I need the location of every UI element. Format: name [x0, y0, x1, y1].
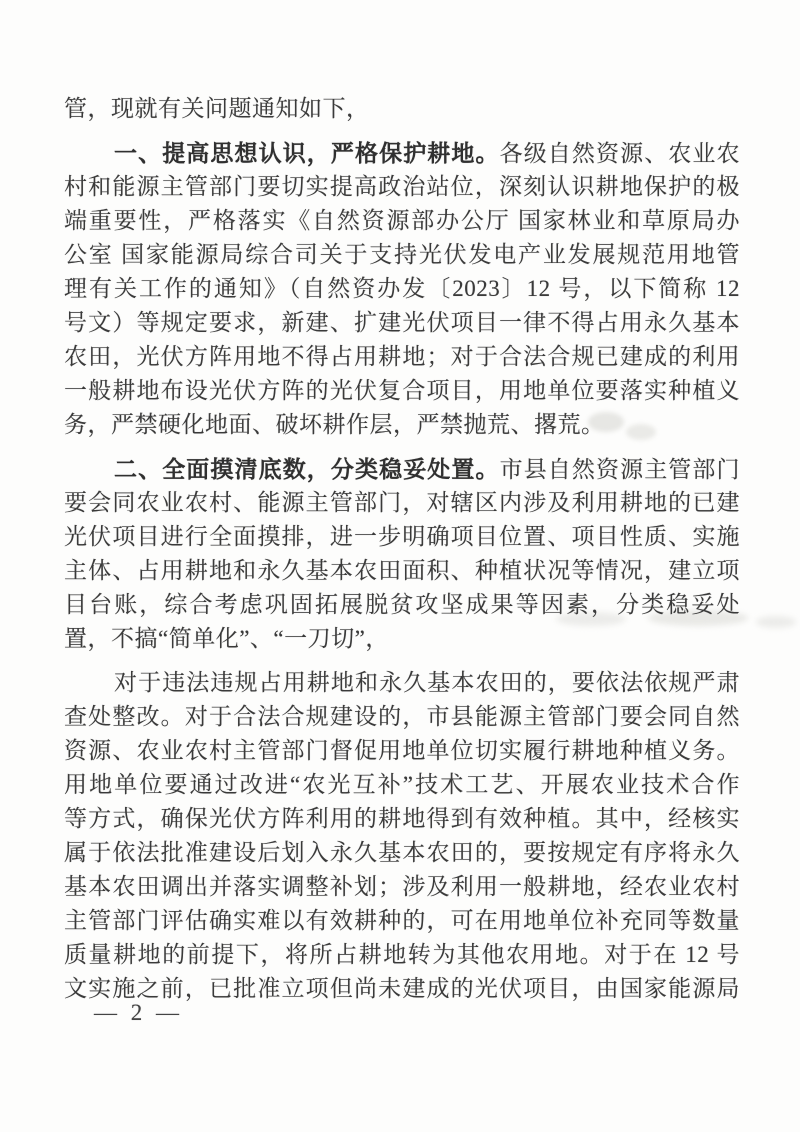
body-text: 属于依法批准建设后划入永久基本农田的，要按规定有序将永久 — [64, 840, 740, 865]
text-line: 置，不搞“简单化”、“一刀切”， — [64, 622, 740, 656]
text-line: 一、提高思想认识，严格保护耕地。各级自然资源、农业农 — [64, 136, 740, 170]
text-line: 用地单位要通过改进“农光互补”技术工艺、开展农业技术合作 — [64, 768, 740, 802]
text-line: 目台账，综合考虑巩固拓展脱贫攻坚成果等因素，分类稳妥处 — [64, 588, 740, 622]
body-text: 理有关工作的通知》（自然资办发〔2023〕12 号，以下简称 12 — [64, 276, 740, 301]
text-line: 二、全面摸清底数，分类稳妥处置。市县自然资源主管部门 — [64, 452, 740, 486]
body-text: 资源、农业农村主管部门督促用地单位切实履行耕地种植义务。 — [64, 738, 740, 763]
text-line: 资源、农业农村主管部门督促用地单位切实履行耕地种植义务。 — [64, 734, 740, 768]
body-text: 光伏项目进行全面摸排，进一步明确项目位置、项目性质、实施 — [64, 524, 740, 549]
body-text: 置，不搞“简单化”、“一刀切”， — [64, 626, 389, 651]
body-text: 管，现就有关问题通知如下， — [64, 96, 370, 121]
page-number: — 2 — — [94, 1000, 183, 1026]
scan-artifact — [756, 616, 796, 628]
text-line: 主管部门评估确实难以有效耕种的，可在用地单位补充同等数量 — [64, 904, 740, 938]
text-line: 查处整改。对于合法合规建设的，市县能源主管部门要会同自然 — [64, 700, 740, 734]
text-line: 对于违法违规占用耕地和永久基本农田的，要依法依规严肃 — [64, 666, 740, 700]
text-line: 质量耕地的前提下，将所占耕地转为其他农用地。对于在 12 号 — [64, 938, 740, 972]
text-line: 基本农田调出并落实调整补划；涉及利用一般耕地，经农业农村 — [64, 870, 740, 904]
body-text: 用地单位要通过改进“农光互补”技术工艺、开展农业技术合作 — [64, 772, 740, 797]
body-text: 村和能源主管部门要切实提高政治站位，深刻认识耕地保护的极 — [64, 174, 740, 199]
body-text: 对于违法违规占用耕地和永久基本农田的，要依法依规严肃 — [114, 670, 740, 695]
body-text: 质量耕地的前提下，将所占耕地转为其他农用地。对于在 12 号 — [64, 942, 740, 967]
text-line: 公室 国家能源局综合司关于支持光伏发电产业发展规范用地管 — [64, 238, 740, 272]
section-heading-text: 二、全面摸清底数，分类稳妥处置。 — [114, 456, 500, 482]
text-line: 端重要性，严格落实《自然资源部办公厅 国家林业和草原局办 — [64, 204, 740, 238]
text-line: 村和能源主管部门要切实提高政治站位，深刻认识耕地保护的极 — [64, 170, 740, 204]
body-text: 一般耕地布设光伏方阵的光伏复合项目，用地单位要落实种植义 — [64, 378, 740, 403]
text-line: 要会同农业农村、能源主管部门，对辖区内涉及利用耕地的已建 — [64, 486, 740, 520]
body-text: 市县自然资源主管部门 — [500, 457, 740, 482]
body-text: 号文）等规定要求，新建、扩建光伏项目一律不得占用永久基本 — [64, 310, 740, 335]
text-line: 一般耕地布设光伏方阵的光伏复合项目，用地单位要落实种植义 — [64, 374, 740, 408]
section-heading-text: 一、提高思想认识，严格保护耕地。 — [114, 140, 500, 166]
body-text: 要会同农业农村、能源主管部门，对辖区内涉及利用耕地的已建 — [64, 490, 740, 515]
body-text: 查处整改。对于合法合规建设的，市县能源主管部门要会同自然 — [64, 704, 740, 729]
body-text: 农田，光伏方阵用地不得占用耕地；对于合法合规已建成的利用 — [64, 344, 740, 369]
body-text: 各级自然资源、农业农 — [500, 141, 740, 166]
body-text: 等方式，确保光伏方阵利用的耕地得到有效种植。其中，经核实 — [64, 806, 740, 831]
text-line: 等方式，确保光伏方阵利用的耕地得到有效种植。其中，经核实 — [64, 802, 740, 836]
text-line: 主体、占用耕地和永久基本农田面积、种植状况等情况，建立项 — [64, 554, 740, 588]
body-text: 务，严禁硬化地面、破坏耕作层，严禁抛荒、撂荒。 — [64, 412, 605, 437]
body-text: 文实施之前，已批准立项但尚未建成的光伏项目，由国家能源局 — [64, 976, 740, 1001]
document-body: 管，现就有关问题通知如下，一、提高思想认识，严格保护耕地。各级自然资源、农业农村… — [64, 92, 740, 1006]
text-line: 务，严禁硬化地面、破坏耕作层，严禁抛荒、撂荒。 — [64, 408, 740, 442]
body-text: 公室 国家能源局综合司关于支持光伏发电产业发展规范用地管 — [64, 242, 740, 267]
text-line: 农田，光伏方阵用地不得占用耕地；对于合法合规已建成的利用 — [64, 340, 740, 374]
body-text: 基本农田调出并落实调整补划；涉及利用一般耕地，经农业农村 — [64, 874, 740, 899]
text-line: 属于依法批准建设后划入永久基本农田的，要按规定有序将永久 — [64, 836, 740, 870]
body-text: 主管部门评估确实难以有效耕种的，可在用地单位补充同等数量 — [64, 908, 740, 933]
text-line: 号文）等规定要求，新建、扩建光伏项目一律不得占用永久基本 — [64, 306, 740, 340]
document-page: 管，现就有关问题通知如下，一、提高思想认识，严格保护耕地。各级自然资源、农业农村… — [0, 0, 800, 1132]
text-line: 理有关工作的通知》（自然资办发〔2023〕12 号，以下简称 12 — [64, 272, 740, 306]
text-line: 光伏项目进行全面摸排，进一步明确项目位置、项目性质、实施 — [64, 520, 740, 554]
body-text: 端重要性，严格落实《自然资源部办公厅 国家林业和草原局办 — [64, 208, 740, 233]
text-line: 管，现就有关问题通知如下， — [64, 92, 740, 126]
body-text: 主体、占用耕地和永久基本农田面积、种植状况等情况，建立项 — [64, 558, 740, 583]
body-text: 目台账，综合考虑巩固拓展脱贫攻坚成果等因素，分类稳妥处 — [64, 592, 740, 617]
